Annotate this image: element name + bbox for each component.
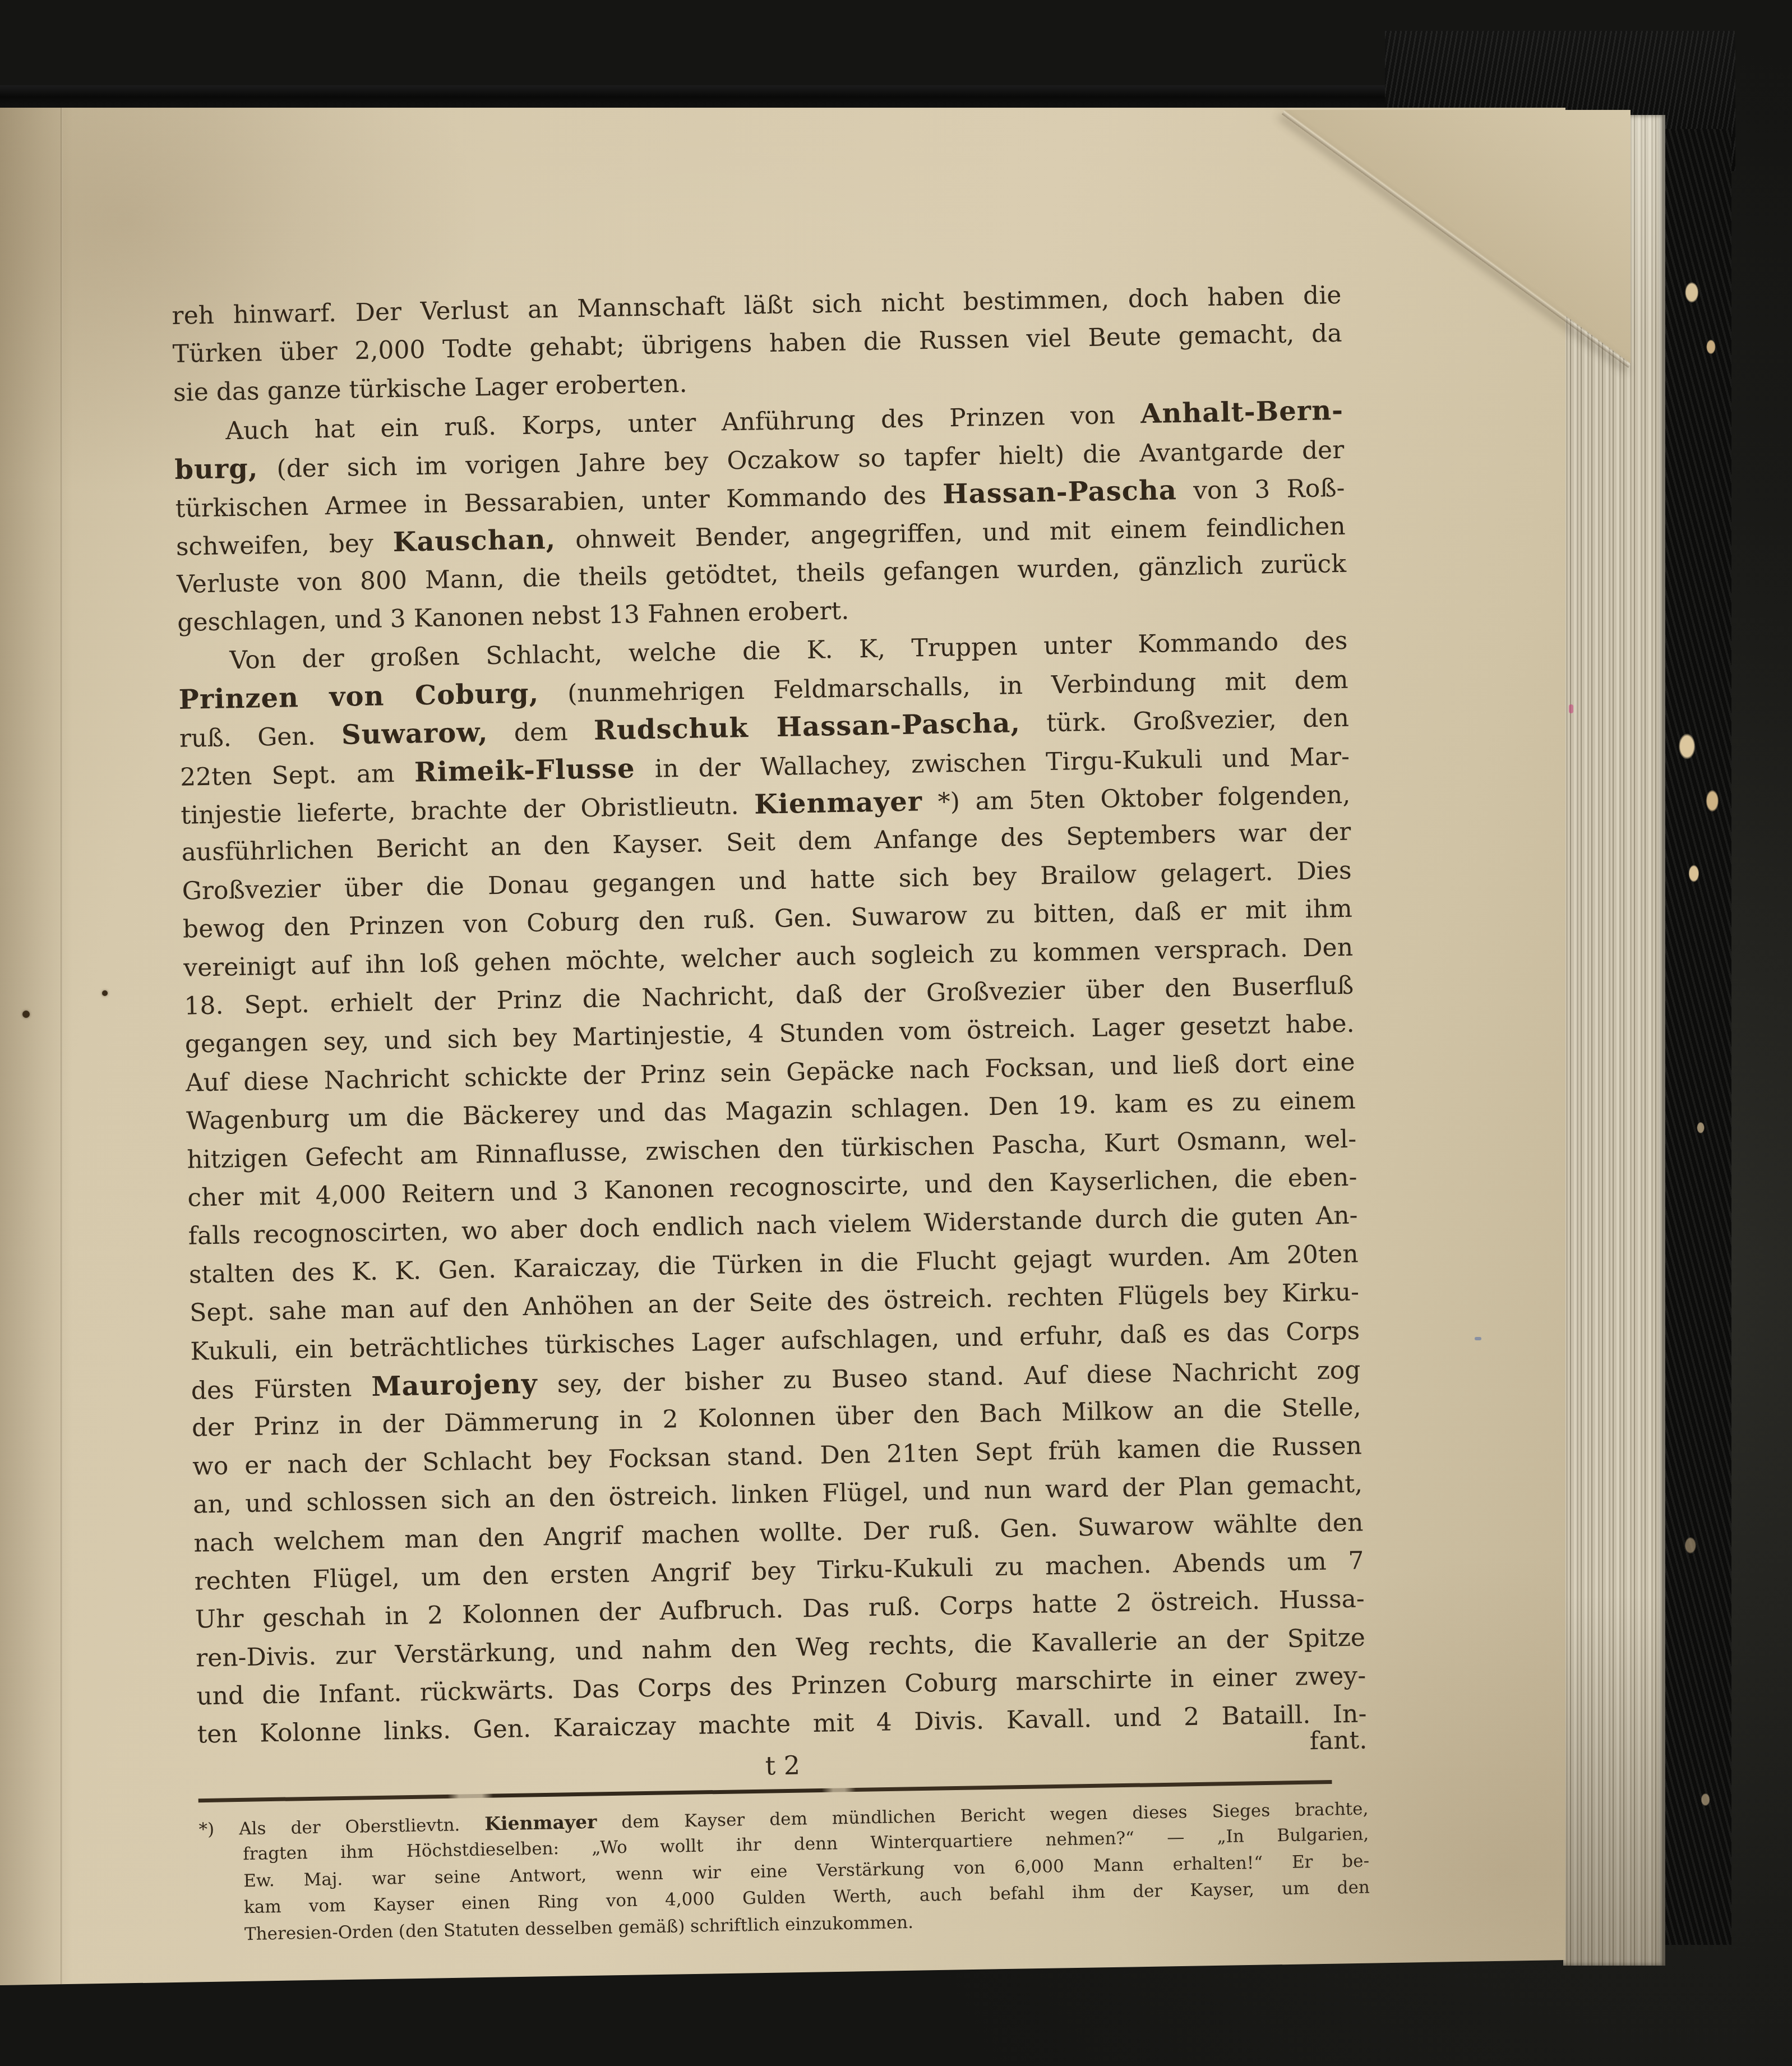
emphasized-name: Rimeik-Flusse	[414, 753, 635, 788]
footnote-text: *) Als der Oberstlievtn. Kienmayer dem K…	[198, 1795, 1370, 1949]
page-content: reh hinwarf. Der Verlust an Mannschaft l…	[172, 276, 1370, 1949]
text-segment: des Fürsten	[191, 1373, 372, 1405]
text-segment: dem	[488, 717, 594, 748]
text-segment: ruß. Gen.	[179, 722, 342, 753]
text-segment: schweifen, bey	[175, 529, 393, 561]
blue-speck	[1475, 1337, 1481, 1340]
text-segment: geschlagen, und 3 Kanonen nebst 13 Fahne…	[177, 597, 849, 637]
emphasized-name: Kauschan,	[392, 524, 556, 558]
emphasized-name: Maurojeny	[371, 1368, 538, 1403]
emphasized-name: Kienmayer	[484, 1811, 597, 1835]
text-segment: sie das ganze türkische Lager eroberten.	[173, 369, 687, 407]
wormhole	[102, 990, 108, 996]
page-stack-fore-edge	[1563, 115, 1665, 1966]
pink-speck	[1569, 704, 1573, 713]
emphasized-name: Anhalt-Bern-	[1140, 395, 1344, 430]
text-segment: von 3 Roß-	[1176, 474, 1345, 505]
wormhole	[22, 1011, 30, 1018]
emphasized-name: Hassan-Pascha	[943, 474, 1177, 510]
body-text: reh hinwarf. Der Verlust an Mannschaft l…	[172, 276, 1367, 1755]
emphasized-name: Rudschuk Hassan-Pascha,	[594, 707, 1021, 746]
emphasized-name: burg,	[174, 453, 258, 486]
text-segment: *) am 5ten Oktober folgenden,	[922, 781, 1351, 817]
emphasized-name: Prinzen von Coburg,	[178, 677, 539, 715]
book-scan: reh hinwarf. Der Verlust an Mannschaft l…	[0, 0, 1792, 2066]
text-segment: 22ten Sept. am	[180, 759, 415, 791]
emphasized-name: Kienmayer	[754, 786, 923, 820]
ink-slash-mark	[829, 1973, 844, 2002]
gutter-crease	[61, 108, 63, 1985]
emphasized-name: Suwarow,	[341, 717, 488, 751]
book-page: reh hinwarf. Der Verlust an Mannschaft l…	[0, 108, 1565, 1985]
text-segment: tinjestie lieferte, brachte der Obristli…	[181, 791, 755, 830]
text-segment: türk. Großvezier, den	[1020, 704, 1350, 738]
catchword: fant.	[1309, 1720, 1368, 1761]
cover-board-marbled-edge	[1663, 129, 1731, 1945]
text-segment: *) Als der Oberstlievtn.	[198, 1814, 484, 1839]
